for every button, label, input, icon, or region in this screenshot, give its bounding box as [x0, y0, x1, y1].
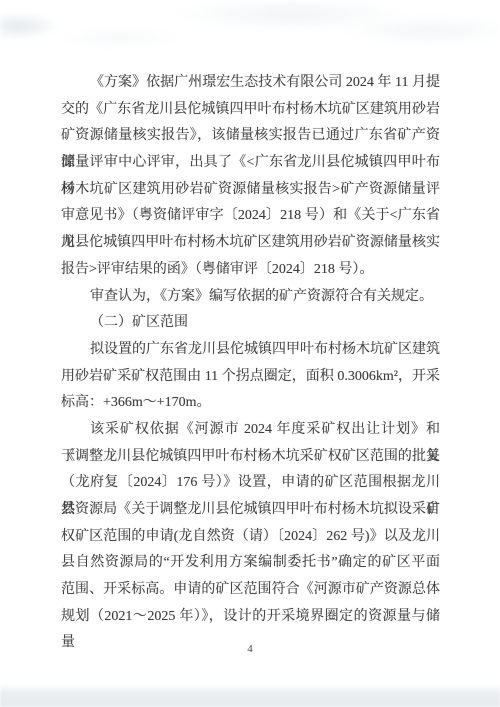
scan-artifact-top: [0, 0, 500, 50]
document-text-line: 于调整龙川县佗城镇四甲叶布村杨木坑采矿权矿区范围的批复: [61, 444, 440, 471]
document-text-line: 《方案》依据广州璟宏生态技术有限公司 2024 年 11 月提: [61, 70, 440, 97]
document-text-line: 县自然资源局的“开发利用方案编制委托书”确定的矿区平面: [61, 550, 440, 577]
scan-artifact-bottom: [0, 683, 500, 707]
document-text-line: 储量评审中心评审，出具了《<广东省龙川县佗城镇四甲叶布村: [61, 150, 440, 177]
document-text-line: 然资源局《关于调整龙川县佗城镇四甲叶布村杨木坑拟设采矿: [61, 497, 440, 524]
page-number: 4: [0, 640, 500, 658]
document-text-line: （龙府复〔2024〕176 号）》设置，申请的矿区范围根据龙川县自: [61, 470, 440, 497]
document-text-line: 川县佗城镇四甲叶布村杨木坑矿区建筑用砂岩矿资源储量核实: [61, 230, 440, 257]
document-text-line: 审查认为，《方案》编写依据的矿产资源符合有关规定。: [61, 284, 440, 311]
document-text-line: 用砂岩矿采矿权范围由 11 个拐点圈定，面积 0.3006km²，开采: [61, 364, 440, 391]
document-text-line: 杨木坑矿区建筑用砂岩矿资源储量核实报告>矿产资源储量评: [61, 177, 440, 204]
document-text-line: 审意见书》（粤资储评审字〔2024〕218 号）和《关于<广东省龙: [61, 203, 440, 230]
document-text-line: 权矿区范围的申请(龙自然资（请）〔2024〕262 号)》以及龙川: [61, 524, 440, 551]
document-body: 《方案》依据广州璟宏生态技术有限公司 2024 年 11 月提 交的《广东省龙川…: [61, 70, 440, 630]
section-heading: （二）矿区范围: [61, 310, 440, 337]
document-text-line: 范围、开采标高。申请的矿区范围符合《河源市矿产资源总体: [61, 577, 440, 604]
document-text-line: 交的《广东省龙川县佗城镇四甲叶布村杨木坑矿区建筑用砂岩: [61, 97, 440, 124]
document-page: 《方案》依据广州璟宏生态技术有限公司 2024 年 11 月提 交的《广东省龙川…: [0, 0, 500, 707]
document-text-line: 拟设置的广东省龙川县佗城镇四甲叶布村杨木坑矿区建筑: [61, 337, 440, 364]
document-text-line: 规划（2021～2025 年）》，设计的开采境界圈定的资源量与储量: [61, 604, 440, 631]
document-text-line: 报告>评审结果的函》（粤储审评〔2024〕218 号）。: [61, 257, 440, 284]
document-text-line: 标高：+366m～+170m。: [61, 390, 440, 417]
document-text-line: 矿资源储量核实报告》，该储量核实报告已通过广东省矿产资源: [61, 123, 440, 150]
document-text-line: 该采矿权依据《河源市 2024 年度采矿权出让计划》和《关: [61, 417, 440, 444]
